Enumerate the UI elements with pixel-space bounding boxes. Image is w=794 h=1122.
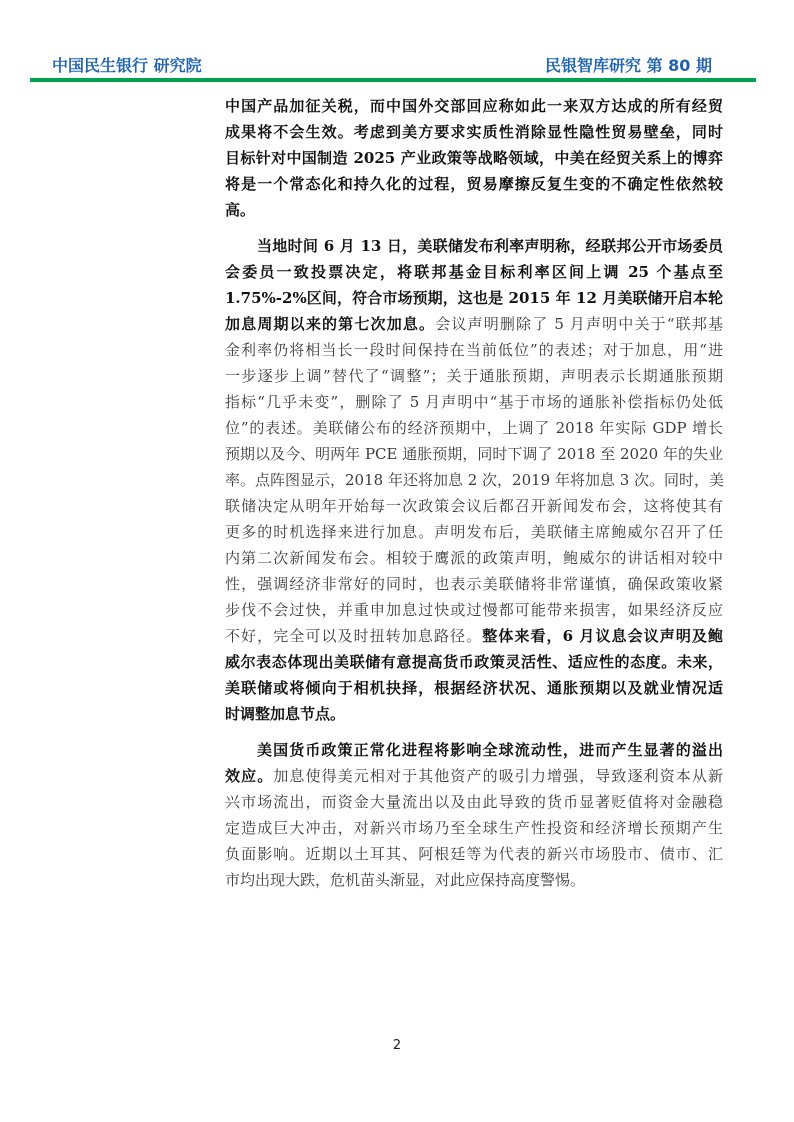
- regular-text: 内第二次新闻发布会。相较于鹰派的政策声明，鲍威尔的讲话相对较中: [225, 549, 723, 567]
- bold-text: 高。: [225, 201, 255, 219]
- text-line: 一步逐步上调”替代了“调整”；关于通胀预期，声明表示长期通胀预期: [225, 363, 723, 389]
- regular-text: 指标“几乎未变”，删除了 5 月声明中“基于市场的通胀补偿指标仍处低: [225, 393, 723, 411]
- text-line: 兴市场流出，而资金大量流出以及由此导致的货币显著贬值将对金融稳: [225, 789, 723, 815]
- header-issue: 民银智库研究 第 80 期: [545, 56, 712, 76]
- text-line: 当地时间 6 月 13 日，美联储发布利率声明称，经联邦公开市场委员: [225, 233, 723, 259]
- regular-text: 预期以及今、明两年 PCE 通胀预期，同时下调了 2018 至 2020 年的失…: [225, 445, 723, 463]
- regular-text: 市均出现大跌，危机苗头渐显，对此应保持高度警惕。: [225, 871, 585, 889]
- regular-text: 更多的时机选择来进行加息。声明发布后，美联储主席鲍威尔召开了任: [225, 523, 723, 541]
- article-body: 中国产品加征关税，而中国外交部回应称如此一来双方达成的所有经贸 成果将不会生效。…: [225, 93, 723, 893]
- bold-text: 成果将不会生效。考虑到美方要求实质性消除显性隐性贸易壁垒，同时: [225, 123, 723, 141]
- text-line: 内第二次新闻发布会。相较于鹰派的政策声明，鲍威尔的讲话相对较中: [225, 545, 723, 571]
- text-line: 会委员一致投票决定，将联邦基金目标利率区间上调 25 个基点至: [225, 259, 723, 285]
- text-line: 预期以及今、明两年 PCE 通胀预期，同时下调了 2018 至 2020 年的失…: [225, 441, 723, 467]
- regular-text: 负面影响。近期以土耳其、阿根廷等为代表的新兴市场股市、债市、汇: [225, 845, 723, 863]
- regular-text: 位”的表述。美联储公布的经济预期中，上调了 2018 年实际 GDP 增长: [225, 419, 723, 437]
- text-line: 金利率仍将相当长一段时间保持在当前低位”的表述；对于加息，用“进: [225, 337, 723, 363]
- bold-text: 中国产品加征关税，而中国外交部回应称如此一来双方达成的所有经贸: [225, 97, 723, 115]
- text-line: 市均出现大跌，危机苗头渐显，对此应保持高度警惕。: [225, 867, 723, 893]
- text-line: 率。点阵图显示，2018 年还将加息 2 次，2019 年将加息 3 次。同时，…: [225, 467, 723, 493]
- page-number: 2: [0, 1038, 794, 1053]
- paragraph-1: 中国产品加征关税，而中国外交部回应称如此一来双方达成的所有经贸 成果将不会生效。…: [225, 93, 723, 223]
- bold-text: 将是一个常态化和持久化的过程，贸易摩擦反复生变的不确定性依然较: [225, 175, 723, 193]
- text-line: 性，强调经济非常好的同时，也表示美联储将非常谨慎，确保政策收紧: [225, 571, 723, 597]
- text-line: 威尔表态体现出美联储有意提高货币政策灵活性、适应性的态度。未来，: [225, 649, 723, 675]
- bold-text: 加息周期以来的第七次加息。: [225, 315, 435, 333]
- bold-text: 目标针对中国制造 2025 产业政策等战略领域，中美在经贸关系上的博弈: [225, 149, 723, 167]
- text-line: 负面影响。近期以土耳其、阿根廷等为代表的新兴市场股市、债市、汇: [225, 841, 723, 867]
- bold-text: 效应。: [225, 767, 273, 785]
- regular-text: 不好，完全可以及时扭转加息路径。: [225, 627, 482, 645]
- paragraph-3: 美国货币政策正常化进程将影响全球流动性，进而产生显著的溢出 效应。加息使得美元相…: [225, 737, 723, 893]
- text-line: 效应。加息使得美元相对于其他资产的吸引力增强，导致逐利资本从新: [225, 763, 723, 789]
- regular-text: 性，强调经济非常好的同时，也表示美联储将非常谨慎，确保政策收紧: [225, 575, 723, 593]
- regular-text: 会议声明删除了 5 月声明中关于“联邦基: [435, 315, 723, 333]
- bold-text: 当地时间 6 月 13 日，美联储发布利率声明称，经联邦公开市场委员: [257, 237, 723, 255]
- text-line: 加息周期以来的第七次加息。会议声明删除了 5 月声明中关于“联邦基: [225, 311, 723, 337]
- text-line: 成果将不会生效。考虑到美方要求实质性消除显性隐性贸易壁垒，同时: [225, 119, 723, 145]
- regular-text: 兴市场流出，而资金大量流出以及由此导致的货币显著贬值将对金融稳: [225, 793, 723, 811]
- text-line: 指标“几乎未变”，删除了 5 月声明中“基于市场的通胀补偿指标仍处低: [225, 389, 723, 415]
- header-organization: 中国民生银行 研究院: [52, 56, 202, 76]
- regular-text: 率。点阵图显示，2018 年还将加息 2 次，2019 年将加息 3 次。同时，…: [225, 471, 724, 489]
- text-line: 更多的时机选择来进行加息。声明发布后，美联储主席鲍威尔召开了任: [225, 519, 723, 545]
- regular-text: 步伐不会过快，并重申加息过快或过慢都可能带来损害，如果经济反应: [225, 601, 723, 619]
- text-line: 步伐不会过快，并重申加息过快或过慢都可能带来损害，如果经济反应: [225, 597, 723, 623]
- regular-text: 一步逐步上调”替代了“调整”；关于通胀预期，声明表示长期通胀预期: [225, 367, 723, 385]
- bold-text: 1.75%-2%区间，符合市场预期，这也是 2015 年 12 月美联储开启本轮: [225, 289, 723, 307]
- bold-text: 美国货币政策正常化进程将影响全球流动性，进而产生显著的溢出: [257, 741, 723, 759]
- paragraph-2: 当地时间 6 月 13 日，美联储发布利率声明称，经联邦公开市场委员 会委员一致…: [225, 233, 723, 727]
- text-line: 联储决定从明年开始每一次政策会议后都召开新闻发布会，这将使其有: [225, 493, 723, 519]
- regular-text: 定造成巨大冲击，对新兴市场乃至全球生产性投资和经济增长预期产生: [225, 819, 723, 837]
- text-line: 1.75%-2%区间，符合市场预期，这也是 2015 年 12 月美联储开启本轮: [225, 285, 723, 311]
- text-line: 将是一个常态化和持久化的过程，贸易摩擦反复生变的不确定性依然较: [225, 171, 723, 197]
- text-line: 美联储或将倾向于相机抉择，根据经济状况、通胀预期以及就业情况适: [225, 675, 723, 701]
- text-line: 不好，完全可以及时扭转加息路径。整体来看，6 月议息会议声明及鲍: [225, 623, 723, 649]
- text-line: 位”的表述。美联储公布的经济预期中，上调了 2018 年实际 GDP 增长: [225, 415, 723, 441]
- regular-text: 加息使得美元相对于其他资产的吸引力增强，导致逐利资本从新: [273, 767, 723, 785]
- text-line: 美国货币政策正常化进程将影响全球流动性，进而产生显著的溢出: [225, 737, 723, 763]
- bold-text: 美联储或将倾向于相机抉择，根据经济状况、通胀预期以及就业情况适: [225, 679, 723, 697]
- regular-text: 金利率仍将相当长一段时间保持在当前低位”的表述；对于加息，用“进: [225, 341, 723, 359]
- text-line: 目标针对中国制造 2025 产业政策等战略领域，中美在经贸关系上的博弈: [225, 145, 723, 171]
- text-line: 定造成巨大冲击，对新兴市场乃至全球生产性投资和经济增长预期产生: [225, 815, 723, 841]
- text-line: 时调整加息节点。: [225, 701, 723, 727]
- text-line: 中国产品加征关税，而中国外交部回应称如此一来双方达成的所有经贸: [225, 93, 723, 119]
- bold-text: 时调整加息节点。: [225, 705, 345, 723]
- regular-text: 联储决定从明年开始每一次政策会议后都召开新闻发布会，这将使其有: [225, 497, 723, 515]
- bold-text: 威尔表态体现出美联储有意提高货币政策灵活性、适应性的态度。未来，: [225, 653, 723, 671]
- bold-text: 整体来看，6 月议息会议声明及鲍: [482, 627, 723, 645]
- header-divider: [30, 78, 756, 82]
- text-line: 高。: [225, 197, 723, 223]
- bold-text: 会委员一致投票决定，将联邦基金目标利率区间上调 25 个基点至: [225, 263, 723, 281]
